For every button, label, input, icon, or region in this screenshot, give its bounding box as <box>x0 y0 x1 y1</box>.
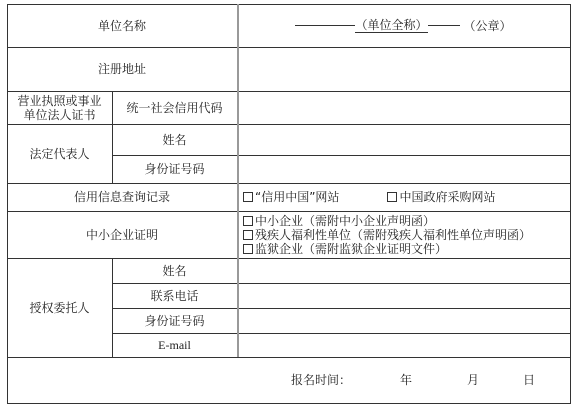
agent-phone-field[interactable] <box>237 283 570 308</box>
gov-procurement-checkbox[interactable]: 中国政府采购网站 <box>387 191 495 203</box>
agent-phone-label: 联系电话 <box>112 283 237 308</box>
agent-id-field[interactable] <box>237 308 570 333</box>
reg-address-field[interactable] <box>237 47 570 91</box>
credit-code-label: 统一社会信用代码 <box>112 91 237 124</box>
registration-date-row: 报名时间： 年 月 日 <box>7 357 570 403</box>
table-border-right <box>570 4 571 404</box>
disabled-welfare-option-label: 残疾人福利性单位（需附残疾人福利性单位声明函） <box>255 229 531 241</box>
reg-address-label: 注册地址 <box>7 47 237 91</box>
unit-name-label: 单位名称 <box>7 4 237 47</box>
gov-procurement-label: 中国政府采购网站 <box>399 191 495 203</box>
sme-cert-options: 中小企业（需附中小企业声明函） 残疾人福利性单位（需附残疾人福利性单位声明函） … <box>237 211 570 258</box>
legal-rep-id-field[interactable] <box>237 155 570 183</box>
legal-rep-id-label: 身份证号码 <box>112 155 237 183</box>
license-group-label-line1: 营业执照或事业 <box>17 94 101 108</box>
credit-code-field[interactable] <box>237 91 570 124</box>
checkbox-icon <box>387 192 397 202</box>
unit-name-underline <box>428 25 460 26</box>
agent-name-label: 姓名 <box>112 258 237 283</box>
credit-china-label: “信用中国”网站 <box>255 191 339 203</box>
unit-name-field[interactable]: （单位全称） （公章） <box>237 4 570 47</box>
checkbox-icon <box>243 230 253 240</box>
month-unit: 月 <box>467 373 479 387</box>
registration-date-label: 报名时间： <box>291 373 351 387</box>
agent-email-field[interactable] <box>237 333 570 357</box>
license-group-label: 营业执照或事业 单位法人证书 <box>7 91 112 124</box>
year-unit: 年 <box>400 373 412 387</box>
prison-enterprise-option-label: 监狱企业（需附监狱企业证明文件） <box>255 243 447 255</box>
sme-option-label: 中小企业（需附中小企业声明函） <box>255 215 435 227</box>
unit-name-hint: （单位全称） <box>355 18 427 33</box>
agent-id-label: 身份证号码 <box>112 308 237 333</box>
legal-rep-name-field[interactable] <box>237 124 570 155</box>
license-group-label-line2: 单位法人证书 <box>23 108 95 122</box>
unit-name-underline <box>295 25 355 26</box>
credit-check-options: “信用中国”网站 中国政府采购网站 <box>237 183 570 211</box>
legal-rep-group-label: 法定代表人 <box>7 124 112 183</box>
disabled-welfare-checkbox[interactable]: 残疾人福利性单位（需附残疾人福利性单位声明函） <box>243 229 531 241</box>
day-unit: 日 <box>523 373 535 387</box>
credit-china-checkbox[interactable]: “信用中国”网站 <box>243 191 339 203</box>
prison-enterprise-checkbox[interactable]: 监狱企业（需附监狱企业证明文件） <box>243 243 447 255</box>
seal-note: （公章） <box>464 19 512 33</box>
sme-checkbox[interactable]: 中小企业（需附中小企业声明函） <box>243 215 435 227</box>
agent-name-field[interactable] <box>237 258 570 283</box>
legal-rep-name-label: 姓名 <box>112 124 237 155</box>
table-border-bottom <box>7 403 570 404</box>
registration-form-table: 单位名称 （单位全称） （公章） 注册地址 营业执照或事业 单位法人证书 统一社… <box>7 4 570 403</box>
credit-check-label: 信用信息查询记录 <box>7 183 237 211</box>
checkbox-icon <box>243 244 253 254</box>
agent-email-label: E-mail <box>112 333 237 357</box>
checkbox-icon <box>243 216 253 226</box>
agent-group-label: 授权委托人 <box>7 258 112 357</box>
checkbox-icon <box>243 192 253 202</box>
sme-cert-label: 中小企业证明 <box>7 211 237 258</box>
